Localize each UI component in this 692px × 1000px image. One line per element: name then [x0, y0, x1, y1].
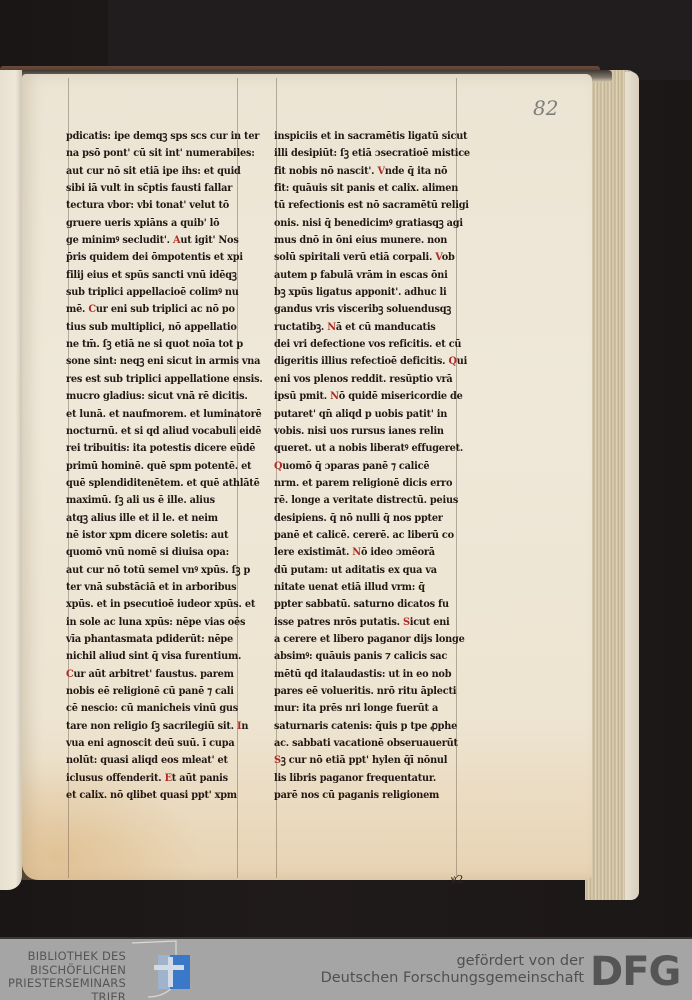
manuscript-line: vīa phantasmata pdiderūt: nēpe — [66, 631, 263, 648]
manuscript-line: vua eni agnoscit deū suū. ī cupa — [66, 735, 263, 752]
library-shield-cross-icon — [128, 939, 194, 999]
manuscript-line: absimꝰ: quāuis panis ⁊ calicis sac — [274, 648, 470, 665]
manuscript-line: fit nobis nō nascit'. Vnde q̄ ita nō — [274, 163, 470, 180]
manuscript-line: Cur aūt arbitret' faustus. parem — [66, 666, 263, 683]
rubricated-initial: V — [378, 165, 385, 177]
manuscript-line: panē et calicē. cererē. ac liberū co — [274, 527, 470, 544]
manuscript-line: illi desipiūt: ſꝫ etiā ɔsecratioē mistic… — [274, 145, 470, 162]
manuscript-line: ge minimꝰ secludit'. Aut igit' Nos — [66, 232, 263, 249]
manuscript-line: sub triplici appellacioē colimꝰ nu — [66, 284, 263, 301]
funding-line-2: Deutschen Forschungsgemeinschaft — [321, 970, 584, 987]
manuscript-line: primū hominē. quē spm potentē. et — [66, 458, 263, 475]
funding-line-1: gefördert von der — [321, 953, 584, 970]
manuscript-line: ipsū pmit. Nō quidē misericordie de — [274, 388, 470, 405]
manuscript-line: rē. longe a veritate distrectū. peius — [274, 492, 470, 509]
manuscript-line: dū putam: ut aditatis ex qua va — [274, 562, 470, 579]
rubricated-initial: C — [88, 303, 96, 315]
library-line-3: PRIESTERSEMINARS TRIER — [0, 977, 126, 1000]
manuscript-line: mucro gladius: sicut vnā rē dicitis. — [66, 388, 263, 405]
rubricated-initial: Q — [274, 460, 282, 472]
manuscript-line: xpūs. et in psecutioē iudeor xpūs. et — [66, 596, 263, 613]
manuscript-line: ructatibꝫ. Nā et cū manducatis — [274, 319, 470, 336]
manuscript-line: putaret' qn̄ aliqd p uobis patit' in — [274, 406, 470, 423]
manuscript-line: tū refectionis est nō sacramētū religi — [274, 197, 470, 214]
manuscript-line: autem p fabulā vrām in escas ōni — [274, 267, 470, 284]
manuscript-line: mur: ita prēs nri longe fuerūt a — [274, 700, 470, 717]
manuscript-line: dei vri defectione vos reficitis. et cū — [274, 336, 470, 353]
manuscript-line: atqꝫ alius ille et il le. et neim — [66, 510, 263, 527]
manuscript-line: nē istor xpm dicere soletis: aut — [66, 527, 263, 544]
manuscript-line: parē nos cū paganis religionem — [274, 787, 470, 804]
manuscript-line: Sꝫ cur nō etiā ppt' hylen q̄ī nōnul — [274, 752, 470, 769]
manuscript-line: saturnaris catenis: q̄uis p tpe ꝓphe — [274, 718, 470, 735]
manuscript-line: aut cur nō sit etiā ipe ihs: et quid — [66, 163, 263, 180]
manuscript-line: queret. ut a nobis liberatꝰ effugeret. — [274, 440, 470, 457]
manuscript-line: pares eē volueritis. nrō ritu āplecti — [274, 683, 470, 700]
manuscript-line: p̄ris quidem dei ōmpotentis et xpi — [66, 249, 263, 266]
manuscript-line: onis. nisi q̄ benedicimꝰ gratiasqꝫ agi — [274, 215, 470, 232]
last-page-edge — [625, 72, 639, 900]
quire-signature: ꝟ2 — [451, 872, 464, 887]
manuscript-line: lis libris paganor frequentatur. — [274, 770, 470, 787]
manuscript-line: quē splendiditenētem. et quē athlātē — [66, 475, 263, 492]
manuscript-scan: 82 pdicatis: ipe demqꝫ sps scs cur in te… — [0, 0, 692, 937]
manuscript-line: res est sub triplici appellatione ensis. — [66, 371, 263, 388]
manuscript-line: ne tm̄. ſꝫ etiā ne si quot noīa tot p — [66, 336, 263, 353]
manuscript-line: rei tribuitis: ita potestis dicere eūdē — [66, 440, 263, 457]
manuscript-line: aut cur nō totū semel vnꝰ xpūs. ſꝫ p — [66, 562, 263, 579]
manuscript-line: quomō vnū nomē si diuisa opa: — [66, 544, 263, 561]
rubricated-initial: S — [274, 754, 281, 766]
manuscript-line: Quomō q̄ ɔparas panē ⁊ calicē — [274, 458, 470, 475]
manuscript-line: ppter sabbatū. saturno dicatos fu — [274, 596, 470, 613]
rubricated-initial: E — [165, 772, 172, 784]
rubricated-initial: C — [66, 668, 74, 680]
manuscript-line: nichil aliud sint q̄ visa furentium. — [66, 648, 263, 665]
text-column-right: inspiciis et in sacramētis ligatū sicuti… — [274, 128, 470, 804]
manuscript-line: cē nescio: cū manicheis vinū gus — [66, 700, 263, 717]
manuscript-line: filij eius et spūs sancti vnū idēqꝫ — [66, 267, 263, 284]
rubricated-initial: N — [352, 546, 361, 558]
manuscript-line: isse patres nrōs putatis. Sicut eni — [274, 614, 470, 631]
library-line-2: BISCHÖFLICHEN — [0, 964, 126, 978]
rubricated-initial: N — [330, 390, 339, 402]
manuscript-line: mē. Cur eni sub triplici ac nō po — [66, 301, 263, 318]
footer-bar: BIBLIOTHEK DES BISCHÖFLICHEN PRIESTERSEM… — [0, 937, 692, 1000]
manuscript-line: pdicatis: ipe demqꝫ sps scs cur in ter — [66, 128, 263, 145]
manuscript-line: gruere ueris xpiāns a quib' lō — [66, 215, 263, 232]
manuscript-line: gandus vris visceribꝫ soluendusqꝫ — [274, 301, 470, 318]
manuscript-line: eni vos plenos reddit. resūptio vrā — [274, 371, 470, 388]
manuscript-line: a cerere et libero paganor dijs longe — [274, 631, 470, 648]
manuscript-line: vobis. nisi uos rursus ianes relin — [274, 423, 470, 440]
folio-number: 82 — [533, 96, 558, 120]
verso-page-edge — [0, 70, 22, 890]
rubricated-initial: Q — [448, 355, 456, 367]
library-line-1: BIBLIOTHEK DES — [0, 950, 126, 964]
manuscript-line: tius sub multiplici, nō appellatio — [66, 319, 263, 336]
manuscript-line: ter vnā substāciā et in arboribus — [66, 579, 263, 596]
manuscript-line: et calix. nō qlibet quasi ppt' xpm — [66, 787, 263, 804]
manuscript-line: ac. sabbati vacationē obseruauerūt — [274, 735, 470, 752]
rubricated-initial: S — [403, 616, 410, 628]
rubricated-initial: N — [327, 321, 336, 333]
text-column-left: pdicatis: ipe demqꝫ sps scs cur in terna… — [66, 128, 263, 804]
manuscript-line: sone sint: neqꝫ eni sicut in armis vna — [66, 353, 263, 370]
manuscript-line: nrm. et parem religionē dicis erro — [274, 475, 470, 492]
manuscript-line: lere existimāt. Nō ideo ɔmēorā — [274, 544, 470, 561]
manuscript-line: nitate uenat etiā illud vrm: q̄ — [274, 579, 470, 596]
manuscript-line: fit: quāuis sit panis et calix. alimen — [274, 180, 470, 197]
manuscript-line: maximū. ſꝫ ali us ē ille. alius — [66, 492, 263, 509]
manuscript-line: et lunā. et naufmorem. et luminatorē — [66, 406, 263, 423]
manuscript-line: mētū qd italaudastis: ut in eo nob — [274, 666, 470, 683]
library-name: BIBLIOTHEK DES BISCHÖFLICHEN PRIESTERSEM… — [0, 950, 126, 1000]
manuscript-line: na psō pont' cū sit int' numerabiles: — [66, 145, 263, 162]
manuscript-line: sibi iā vult in sc̄ptis fausti fallar — [66, 180, 263, 197]
manuscript-line: mus dnō in ōni eius munere. non — [274, 232, 470, 249]
manuscript-line: nolūt: quasi aliqd eos mleat' et — [66, 752, 263, 769]
manuscript-line: nocturnū. et si qd aliud vocabuli eidē — [66, 423, 263, 440]
manuscript-line: solū spiritali verū etiā corpali. Vob — [274, 249, 470, 266]
manuscript-line: bꝫ xpūs ligatus apponit'. adhuc li — [274, 284, 470, 301]
rubricated-initial: I — [237, 720, 241, 732]
manuscript-line: digeritis illius refectioē deficitis. Qu… — [274, 353, 470, 370]
dfg-logo: DFG — [590, 952, 680, 992]
manuscript-line: nobis eē religionē cū panē ⁊ cali — [66, 683, 263, 700]
manuscript-line: iclusus offenderit. Et aūt panis — [66, 770, 263, 787]
rubricated-initial: V — [435, 251, 441, 263]
manuscript-line: tectura vbor: vbi tonat' velut tō — [66, 197, 263, 214]
rubricated-initial: A — [173, 234, 180, 246]
manuscript-line: in sole ac luna xpūs: nēpe vias oēs — [66, 614, 263, 631]
manuscript-line: tare non religio ſꝫ sacrilegiū sit. In — [66, 718, 263, 735]
funding-notice: gefördert von der Deutschen Forschungsge… — [321, 953, 584, 987]
manuscript-line: inspiciis et in sacramētis ligatū sicut — [274, 128, 470, 145]
manuscript-line: desipiens. q̄ nō nulli q̄ nos ppter — [274, 510, 470, 527]
